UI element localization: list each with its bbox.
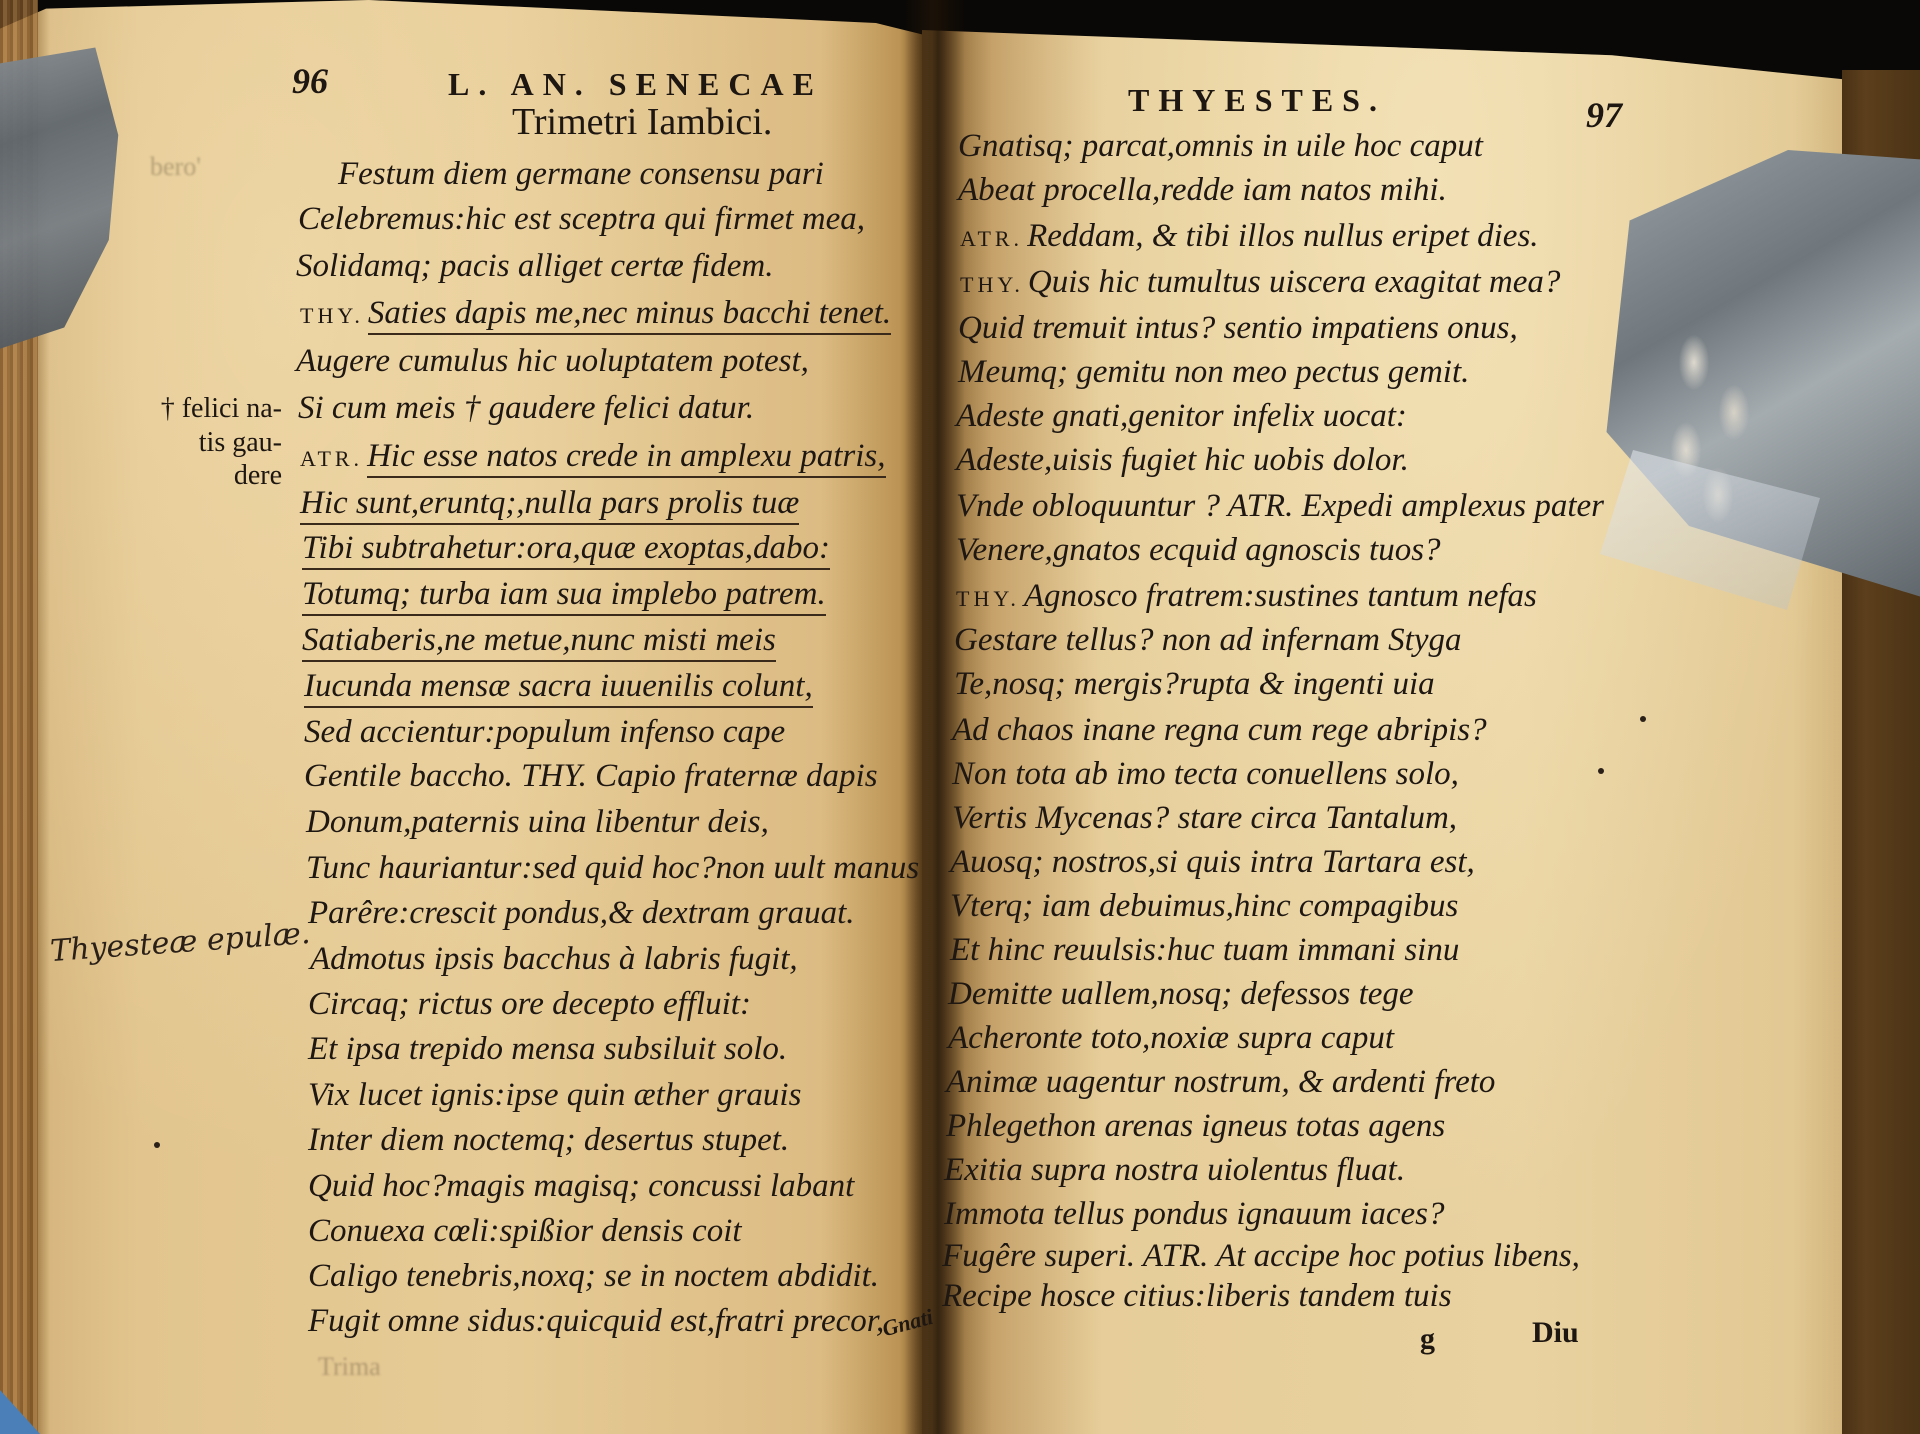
paper-speck [154, 1142, 160, 1148]
verse-line: ATR.Reddam, & tibi illos nullus eripet d… [960, 220, 1539, 253]
verse-line: Te,nosq; mergis?rupta & ingenti uia [954, 668, 1435, 701]
verse-line: Celebremus:hic est sceptra qui firmet me… [298, 203, 865, 236]
verse-line-underlined: Tibi subtrahetur:ora,quæ exoptas,dabo: [302, 532, 830, 565]
speaker-label: THY. [960, 272, 1024, 297]
verse-line: Donum,paternis uina libentur deis, [306, 806, 769, 839]
verse-line: Gnatisq; parcat,omnis in uile hoc caput [958, 130, 1483, 163]
verse-line: Conuexa cœli:spißior densis coit [308, 1215, 742, 1248]
verse-line: Animæ uagentur nostrum, & ardenti freto [946, 1066, 1495, 1099]
speaker-label: ATR. [960, 226, 1023, 251]
paper-speck [1640, 716, 1646, 722]
verse-line: Sed accientur:populum infenso cape [304, 716, 785, 749]
verse-line: Vterq; iam debuimus,hinc compagibus [950, 890, 1458, 923]
verse-line: Adeste gnati,genitor infelix uocat: [956, 400, 1407, 433]
verse-line: Adeste,uisis fugiet hic uobis dolor. [956, 444, 1409, 477]
verse-line-underlined: Iucunda mensæ sacra iuuenilis colunt, [304, 670, 813, 703]
paper-speck [1598, 768, 1604, 774]
verse-line: Caligo tenebris,noxq; se in noctem abdid… [308, 1260, 879, 1293]
catchword: Diu [1532, 1316, 1579, 1350]
verse-line: Quid tremuit intus? sentio impatiens onu… [958, 312, 1518, 345]
page-number-left: 96 [292, 60, 328, 102]
running-head-right: THYESTES. [1128, 82, 1386, 119]
verse-line-underlined: THY.Saties dapis me,nec minus bacchi ten… [300, 297, 891, 330]
printed-margin-note: † felici na- tis gau- dere [112, 392, 282, 493]
speaker-label: ATR. [300, 446, 363, 471]
verse-line: Demitte uallem,nosq; defessos tege [948, 978, 1414, 1011]
verse-line: Festum diem germane consensu pari [338, 158, 824, 191]
verse-line-underlined: Satiaberis,ne metue,nunc misti meis [302, 624, 776, 657]
page-number-right: 97 [1586, 94, 1622, 136]
section-title: Trimetri Iambici. [512, 100, 772, 144]
speaker-label: THY. [300, 303, 364, 328]
margin-note-line: † felici na- [112, 392, 282, 426]
speaker-label: THY. [956, 586, 1020, 611]
verse-line: Recipe hosce citius:liberis tandem tuis [942, 1280, 1452, 1313]
verse-line: Et ipsa trepido mensa subsiluit solo. [308, 1033, 787, 1066]
verse-line: Parêre:crescit pondus,& dextram grauat. [308, 897, 855, 930]
verse-line: Auosq; nostros,si quis intra Tartara est… [950, 846, 1475, 879]
verse-line: Meumq; gemitu non meo pectus gemit. [958, 356, 1469, 389]
verse-line: Quid hoc?magis magisq; concussi labant [308, 1170, 854, 1203]
verse-line: Admotus ipsis bacchus à labris fugit, [310, 943, 798, 976]
verse-line: Acheronte toto,noxiæ supra caput [948, 1022, 1394, 1055]
verse-line: Fugêre superi. ATR. At accipe hoc potius… [942, 1240, 1580, 1273]
verse-line-underlined: ATR.Hic esse natos crede in amplexu patr… [300, 440, 886, 473]
verse-line: Vix lucet ignis:ipse quin æther grauis [308, 1079, 801, 1112]
verse-line: Gentile baccho. THY. Capio fraternæ dapi… [304, 760, 878, 793]
verse-line-underlined: Totumq; turba iam sua implebo patrem. [302, 578, 826, 611]
verse-line: Non tota ab imo tecta conuellens solo, [952, 758, 1459, 791]
margin-note-line: dere [112, 459, 282, 493]
verse-line: Et hinc reuulsis:huc tuam immani sinu [950, 934, 1459, 967]
verse-line: Circaq; rictus ore decepto effluit: [308, 988, 751, 1021]
verse-line: Exitia supra nostra uiolentus fluat. [944, 1154, 1405, 1187]
book-photograph: 96 L. AN. SENECAE Trimetri Iambici. bero… [0, 0, 1920, 1434]
verse-line: Solidamq; pacis alliget certæ fidem. [296, 250, 774, 283]
show-through-text-bottom: Trima [318, 1352, 381, 1382]
verse-line: THY.Quis hic tumultus uiscera exagitat m… [960, 266, 1560, 299]
verse-line: Phlegethon arenas igneus totas agens [946, 1110, 1445, 1143]
verse-line: Tunc hauriantur:sed quid hoc?non uult ma… [306, 852, 919, 885]
verse-line: Vnde obloquuntur ? ATR. Expedi amplexus … [956, 490, 1604, 523]
verse-line: Gestare tellus? non ad infernam Styga [954, 624, 1461, 657]
verse-line: Si cum meis † gaudere felici datur. [298, 392, 754, 425]
verse-line-underlined: Hic sunt,eruntq;,nulla pars prolis tuæ [300, 487, 799, 520]
verse-line: Vertis Mycenas? stare circa Tantalum, [952, 802, 1457, 835]
verse-line: Inter diem noctemq; desertus stupet. [308, 1124, 789, 1157]
verse-line: THY.Agnosco fratrem:sustines tantum nefa… [956, 580, 1537, 613]
verse-line: Venere,gnatos ecquid agnoscis tuos? [956, 534, 1441, 567]
verse-line: Ad chaos inane regna cum rege abripis? [952, 714, 1487, 747]
running-head-left: L. AN. SENECAE [448, 66, 823, 103]
verse-line: Immota tellus pondus ignauum iaces? [944, 1198, 1444, 1231]
verse-line: Augere cumulus hic uoluptatem potest, [296, 345, 809, 378]
verse-line: Fugit omne sidus:quicquid est,fratri pre… [308, 1305, 884, 1338]
signature-mark: g [1420, 1322, 1435, 1356]
verse-line: Abeat procella,redde iam natos mihi. [958, 174, 1447, 207]
show-through-text-top: bero' [150, 152, 201, 182]
margin-note-line: tis gau- [112, 426, 282, 460]
